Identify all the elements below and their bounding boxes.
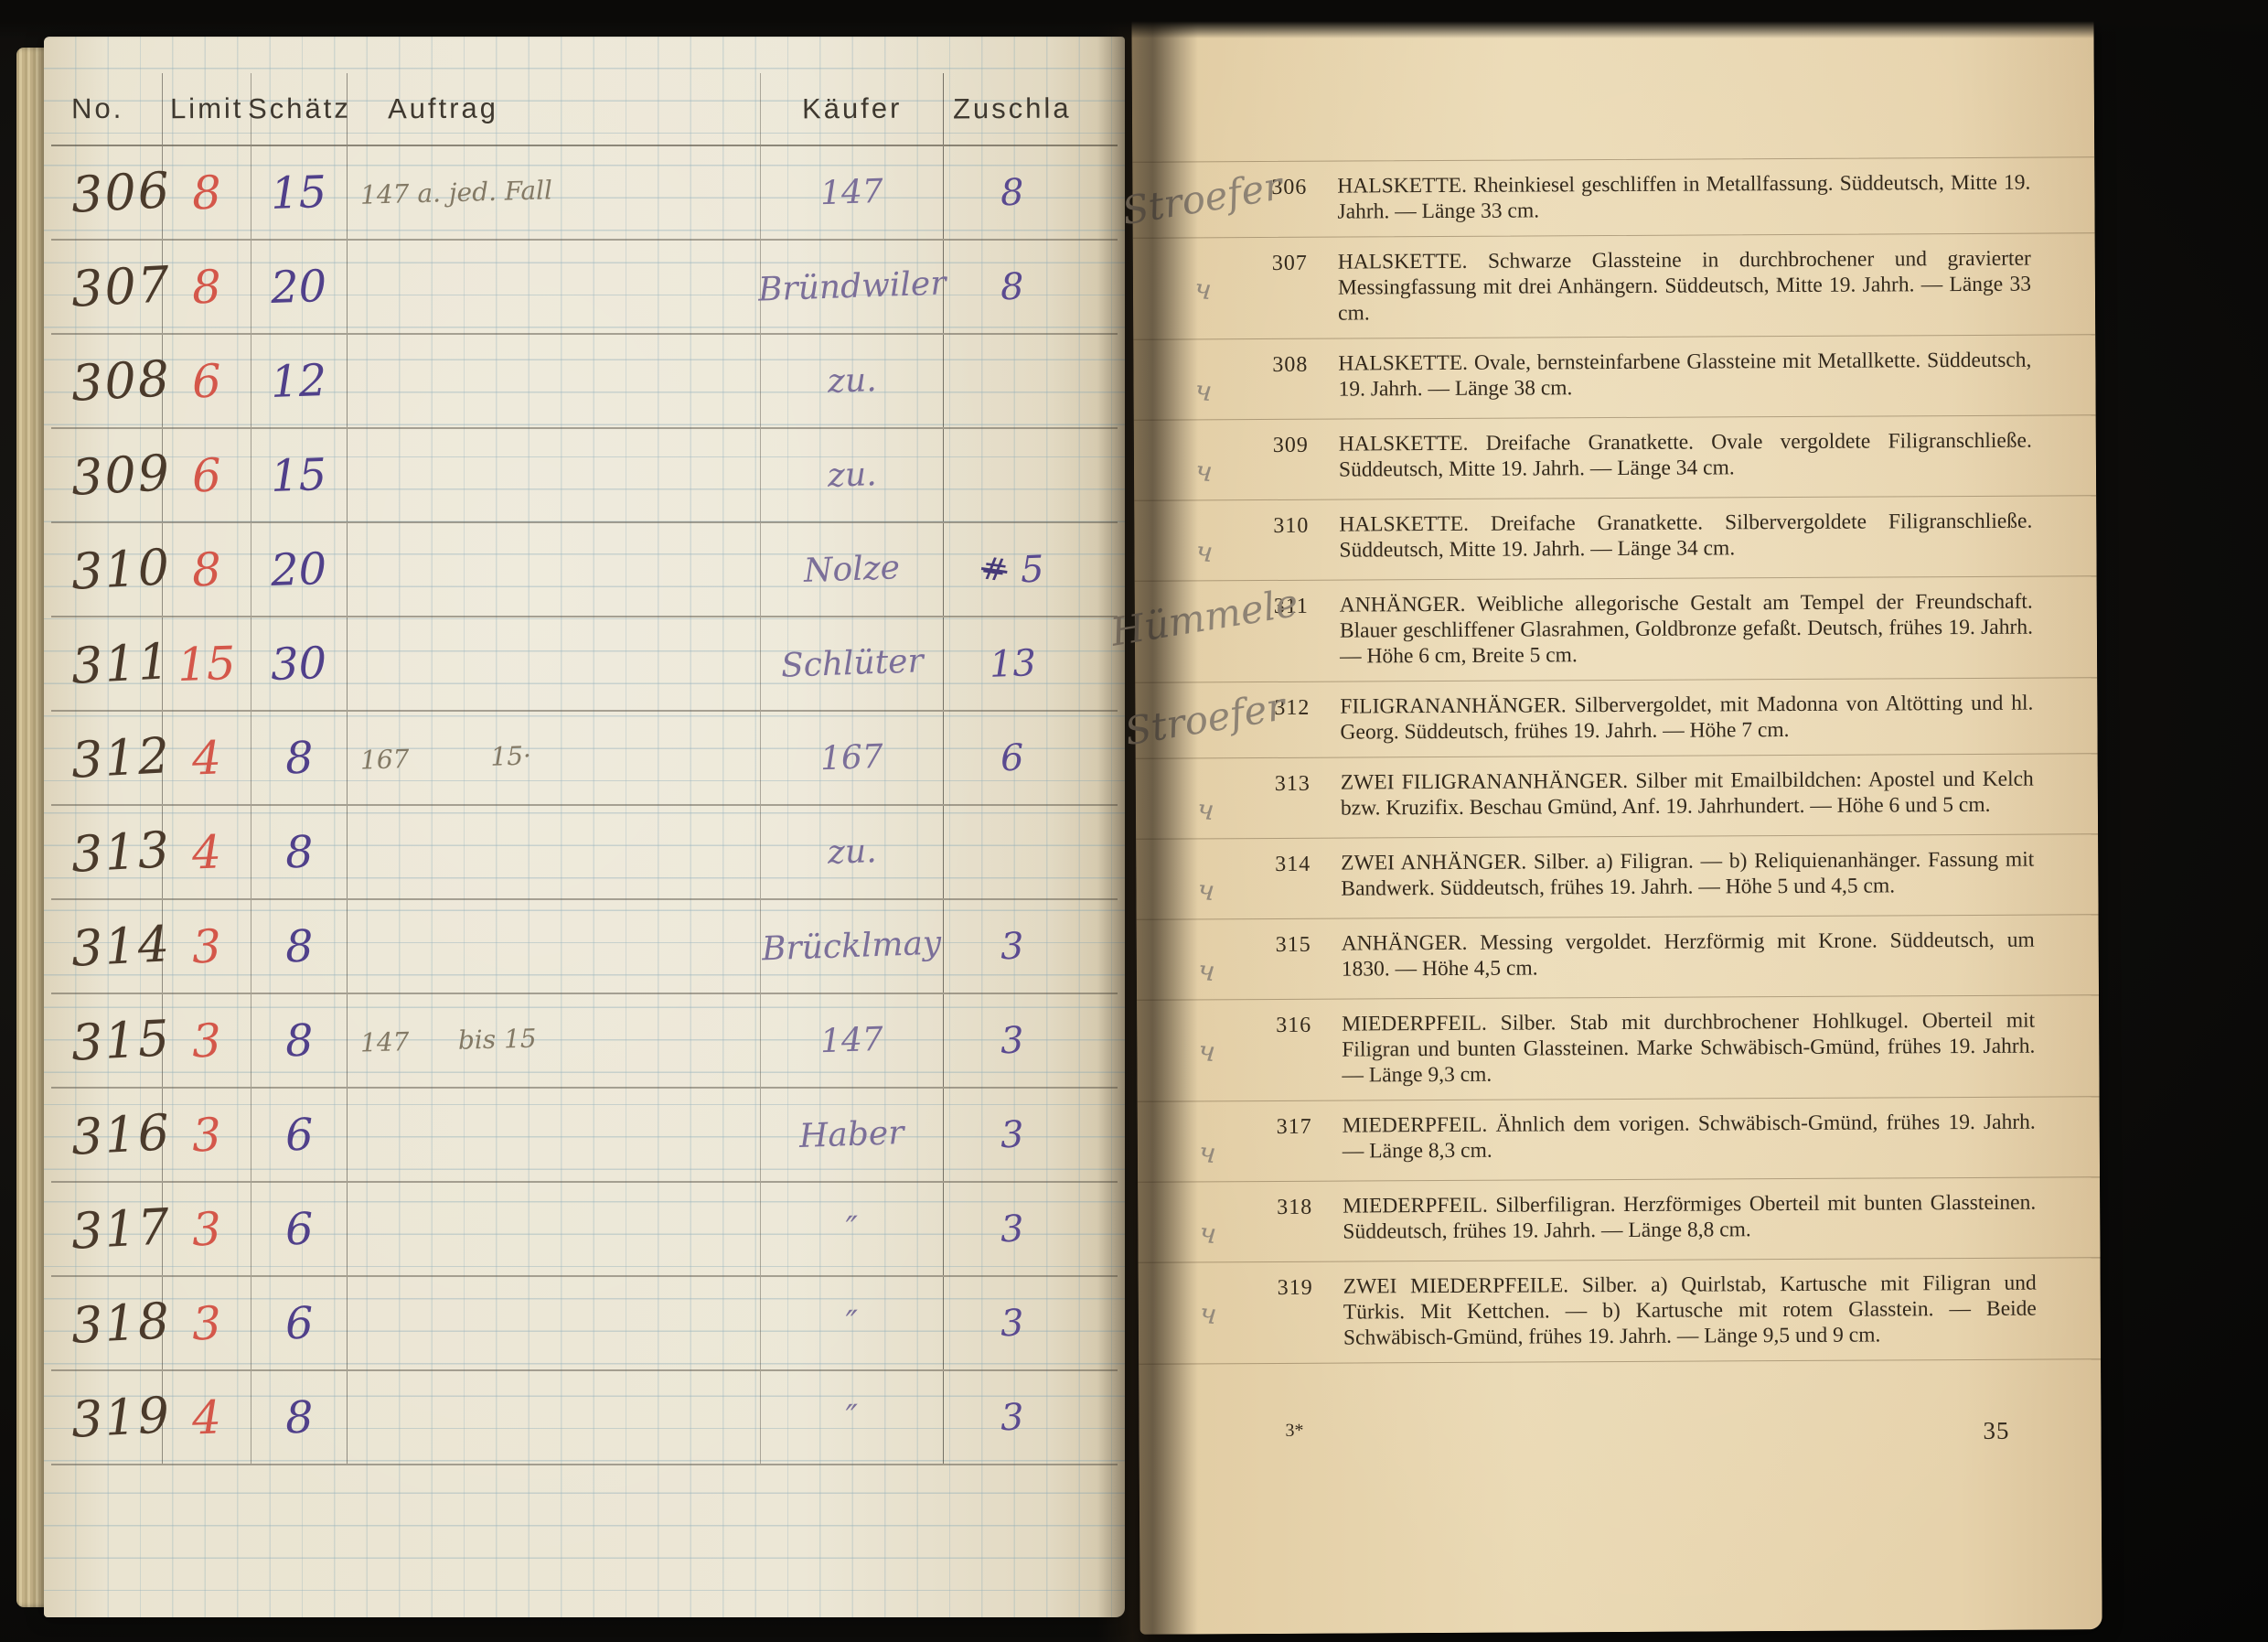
catalog-entry: ч 316 MIEDERPFEIL. Silber. Stab mit durc… (1137, 995, 2100, 1102)
lot-number-handwritten: 310 (70, 538, 172, 601)
ledger-row: 310 8 20 Nolze # 5 (51, 523, 1118, 617)
catalog-entry-text: HALSKETTE. Dreifache Granatkette. Silber… (1339, 508, 2096, 563)
lot-number-handwritten: 319 (70, 1386, 172, 1449)
catalog-entry-text: MIEDERPFEIL. Silber. Stab mit durchbroch… (1342, 1007, 2099, 1088)
catalog-entry: Stroefer 312 FILIGRANANHÄNGER. Silberver… (1135, 678, 2097, 759)
limit-value: 4 (191, 1390, 222, 1444)
lot-number-handwritten: 313 (70, 821, 172, 884)
margin-annotation: Stroefer (1118, 163, 1285, 233)
catalog-lot-number: 314 (1275, 851, 1341, 877)
margin-annotation: ч (1193, 274, 1213, 307)
ledger-row: 312 4 8 167 15· 167 6 (51, 712, 1118, 806)
limit-value: 4 (191, 731, 222, 785)
catalog-entry: ч 317 MIEDERPFEIL. Ähnlich dem vorigen. … (1138, 1097, 2100, 1183)
catalog-lot-number: 318 (1277, 1194, 1343, 1220)
estimate-value: 6 (284, 1203, 314, 1255)
hammer-price: 13 (989, 642, 1036, 686)
estimate-value: 8 (284, 732, 314, 784)
lot-number-handwritten: 312 (70, 726, 172, 789)
buyer-name: Haber (799, 1114, 905, 1155)
estimate-value: 6 (284, 1297, 314, 1349)
margin-annotation: ч (1195, 794, 1215, 828)
ledger-row: 316 3 6 Haber 3 (51, 1089, 1118, 1183)
ledger-row: 318 3 6 ″ 3 (51, 1277, 1118, 1371)
ledger-row: 309 6 15 zu. (51, 429, 1118, 523)
catalog-entry: ч 313 ZWEI FILIGRANANHÄNGER. Silber mit … (1136, 754, 2098, 840)
estimate-value: 20 (270, 542, 327, 596)
catalog-entry: ч 319 ZWEI MIEDERPFEILE. Silber. a) Quir… (1139, 1258, 2102, 1365)
ledger-row: 319 4 8 ″ 3 (51, 1371, 1118, 1465)
lot-number-handwritten: 318 (70, 1292, 172, 1355)
column-header-schaetz: Schätz (247, 92, 350, 126)
limit-value: 15 (177, 636, 237, 691)
ledger-row: 315 3 8 147 bis 15 147 3 (51, 994, 1118, 1089)
ledger-table: No. Limit Schätz Auftrag Käufer Zuschla … (51, 73, 1118, 1465)
catalog-entry-text: HALSKETTE. Dreifache Granatkette. Ovale … (1339, 427, 2096, 482)
buyer-name: Nolze (803, 549, 900, 590)
buyer-name: zu. (827, 361, 877, 401)
catalog-entry: ч 307 HALSKETTE. Schwarze Glassteine in … (1133, 233, 2096, 340)
limit-value: 6 (191, 448, 222, 502)
buyer-name: Schlüter (780, 642, 924, 684)
lot-number-handwritten: 307 (70, 255, 172, 318)
estimate-value: 8 (284, 1391, 314, 1443)
ledger-row: 307 8 20 Bründwiler 8 (51, 241, 1118, 335)
catalog-lot-number: 310 (1273, 512, 1339, 539)
hammer-price: 5 (1020, 548, 1044, 591)
lot-number-handwritten: 314 (70, 915, 172, 978)
limit-value: 3 (191, 1296, 222, 1350)
buyer-name: 147 (819, 173, 883, 212)
column-header-kaeufer: Käufer (802, 92, 903, 126)
catalog-entries: Stroefer 306 HALSKETTE. Rheinkiesel gesc… (1132, 156, 2101, 1364)
catalog-page-footer: 3* 35 (1139, 1416, 2101, 1450)
margin-annotation: ч (1195, 875, 1215, 908)
signature-mark: 3* (1285, 1421, 1303, 1449)
limit-value: 3 (191, 1014, 222, 1068)
ledger-row: 313 4 8 zu. (51, 806, 1118, 900)
buyer-name: ″ (845, 1304, 859, 1342)
catalog-lot-number: 316 (1276, 1012, 1342, 1038)
lot-number-handwritten: 315 (70, 1009, 172, 1072)
page-number: 35 (1983, 1417, 2009, 1445)
catalog-entry-text: HALSKETTE. Schwarze Glassteine in durchb… (1338, 245, 2095, 326)
ledger-row: 311 15 30 Schlüter 13 (51, 617, 1118, 712)
ledger-header-row: No. Limit Schätz Auftrag Käufer Zuschla (51, 73, 1118, 146)
margin-annotation: ч (1193, 375, 1214, 409)
margin-annotation: ч (1197, 1137, 1217, 1171)
hammer-price: 3 (1000, 925, 1024, 968)
catalog-entry: ч 315 ANHÄNGER. Messing vergoldet. Herzf… (1137, 915, 2099, 1001)
limit-value: 3 (191, 1202, 222, 1256)
catalog-entry: ч 309 HALSKETTE. Dreifache Granatkette. … (1134, 415, 2096, 501)
limit-value: 8 (191, 542, 222, 596)
estimate-value: 8 (284, 826, 314, 878)
ledger-rows: 306 8 15 147 a. jed. Fall 147 8 307 8 20… (51, 146, 1118, 1465)
hammer-price: 8 (1000, 265, 1024, 308)
limit-value: 8 (191, 260, 222, 314)
limit-value: 6 (191, 354, 222, 408)
buyer-name: ″ (845, 1210, 859, 1248)
catalog-entry: ч 314 ZWEI ANHÄNGER. Silber. a) Filigran… (1136, 834, 2098, 920)
margin-annotation: ч (1196, 955, 1216, 989)
struck-mark: # (979, 550, 1010, 590)
estimate-value: 8 (284, 920, 314, 972)
catalog-entry-text: ANHÄNGER. Weibliche allegorische Gestalt… (1340, 588, 2097, 669)
ledger-row: 306 8 15 147 a. jed. Fall 147 8 (51, 146, 1118, 241)
buyer-name: Bründwiler (757, 264, 947, 308)
catalog-entry-text: FILIGRANANHÄNGER. Silbervergoldet, mit M… (1340, 690, 2097, 745)
column-header-auftrag: Auftrag (360, 91, 498, 125)
margin-annotation: Hümmele (1107, 580, 1301, 655)
estimate-value: 12 (270, 354, 327, 407)
lot-number-handwritten: 317 (70, 1197, 172, 1261)
estimate-value: 15 (270, 448, 327, 501)
lot-number-handwritten: 311 (70, 632, 172, 695)
catalog-entry-text: MIEDERPFEIL. Ähnlich dem vorigen. Schwäb… (1343, 1109, 2100, 1164)
estimate-value: 6 (284, 1109, 314, 1161)
estimate-value: 8 (284, 1014, 314, 1067)
lot-number-handwritten: 316 (70, 1103, 172, 1166)
order-note: 167 15· (360, 741, 532, 776)
margin-annotation: ч (1197, 1218, 1217, 1251)
catalog-page: Stroefer 306 HALSKETTE. Rheinkiesel gesc… (1131, 3, 2102, 1634)
catalog-lot-number: 319 (1278, 1274, 1343, 1301)
column-header-limit: Limit (170, 92, 244, 126)
column-header-no: No. (71, 92, 123, 125)
buyer-name: Brücklmay (762, 925, 943, 969)
catalog-entry-text: HALSKETTE. Ovale, bernsteinfarbene Glass… (1338, 347, 2095, 402)
limit-value: 3 (191, 919, 222, 973)
buyer-name: zu. (827, 456, 877, 495)
buyer-name: zu. (827, 832, 877, 872)
catalog-entry: Stroefer 306 HALSKETTE. Rheinkiesel gesc… (1132, 156, 2094, 239)
ledger-row: 308 6 12 zu. (51, 335, 1118, 429)
estimate-value: 30 (270, 637, 327, 690)
limit-value: 8 (191, 166, 222, 220)
catalog-lot-number: 309 (1273, 432, 1339, 458)
hammer-price: 3 (1000, 1207, 1024, 1250)
catalog-entry-text: ZWEI FILIGRANANHÄNGER. Silber mit Emailb… (1341, 766, 2098, 821)
limit-value: 4 (191, 825, 222, 879)
catalog-entry-text: ZWEI MIEDERPFEILE. Silber. a) Quirlstab,… (1343, 1270, 2101, 1350)
lot-number-handwritten: 309 (70, 444, 172, 507)
catalog-entry-text: MIEDERPFEIL. Silberfiligran. Herzförmige… (1343, 1189, 2100, 1244)
ledger-page: No. Limit Schätz Auftrag Käufer Zuschla … (44, 37, 1125, 1617)
catalog-entry-text: ZWEI ANHÄNGER. Silber. a) Filigran. — b)… (1341, 846, 2098, 901)
margin-annotation: ч (1196, 1036, 1216, 1069)
hammer-price: 6 (1000, 736, 1024, 779)
ledger-row: 317 3 6 ″ 3 (51, 1183, 1118, 1277)
lot-number-handwritten: 306 (70, 161, 172, 224)
catalog-lot-number: 315 (1276, 931, 1342, 958)
estimate-value: 15 (270, 166, 327, 219)
limit-value: 3 (191, 1108, 222, 1162)
margin-annotation: Stroefer (1121, 683, 1288, 754)
order-note: 147 a. jed. Fall (360, 175, 553, 209)
ledger-row: 314 3 8 Brücklmay 3 (51, 900, 1118, 994)
hammer-price: 3 (1000, 1019, 1024, 1062)
buyer-name: ″ (845, 1399, 859, 1436)
estimate-value: 20 (270, 260, 327, 313)
catalog-entry-text: ANHÄNGER. Messing vergoldet. Herzförmig … (1342, 927, 2099, 982)
catalog-lot-number: 308 (1272, 351, 1338, 378)
column-header-zuschlag: Zuschla (953, 92, 1072, 126)
margin-annotation: ч (1198, 1298, 1218, 1332)
catalog-entry: ч 310 HALSKETTE. Dreifache Granatkette. … (1134, 496, 2096, 582)
catalog-lot-number: 307 (1272, 250, 1338, 276)
order-note: 147 bis 15 (360, 1023, 537, 1057)
catalog-entry: Hümmele 311 ANHÄNGER. Weibliche allegori… (1135, 576, 2098, 683)
lot-number-handwritten: 308 (70, 349, 172, 413)
margin-annotation: ч (1193, 536, 1214, 570)
hammer-price: 3 (1000, 1302, 1024, 1345)
margin-annotation: ч (1193, 456, 1214, 489)
catalog-lot-number: 317 (1277, 1113, 1343, 1140)
auction-book-spread: No. Limit Schätz Auftrag Käufer Zuschla … (0, 0, 2268, 1642)
buyer-name: 147 (819, 1021, 883, 1060)
catalog-entry-text: HALSKETTE. Rheinkiesel geschliffen in Me… (1337, 169, 2094, 224)
hammer-price: 3 (1000, 1396, 1024, 1439)
hammer-price: 8 (1000, 171, 1024, 214)
catalog-entry: ч 318 MIEDERPFEIL. Silberfiligran. Herzf… (1138, 1177, 2100, 1263)
buyer-name: 167 (819, 738, 883, 778)
hammer-price: 3 (1000, 1113, 1024, 1156)
catalog-lot-number: 313 (1275, 770, 1341, 797)
catalog-entry: ч 308 HALSKETTE. Ovale, bernsteinfarbene… (1133, 335, 2095, 421)
